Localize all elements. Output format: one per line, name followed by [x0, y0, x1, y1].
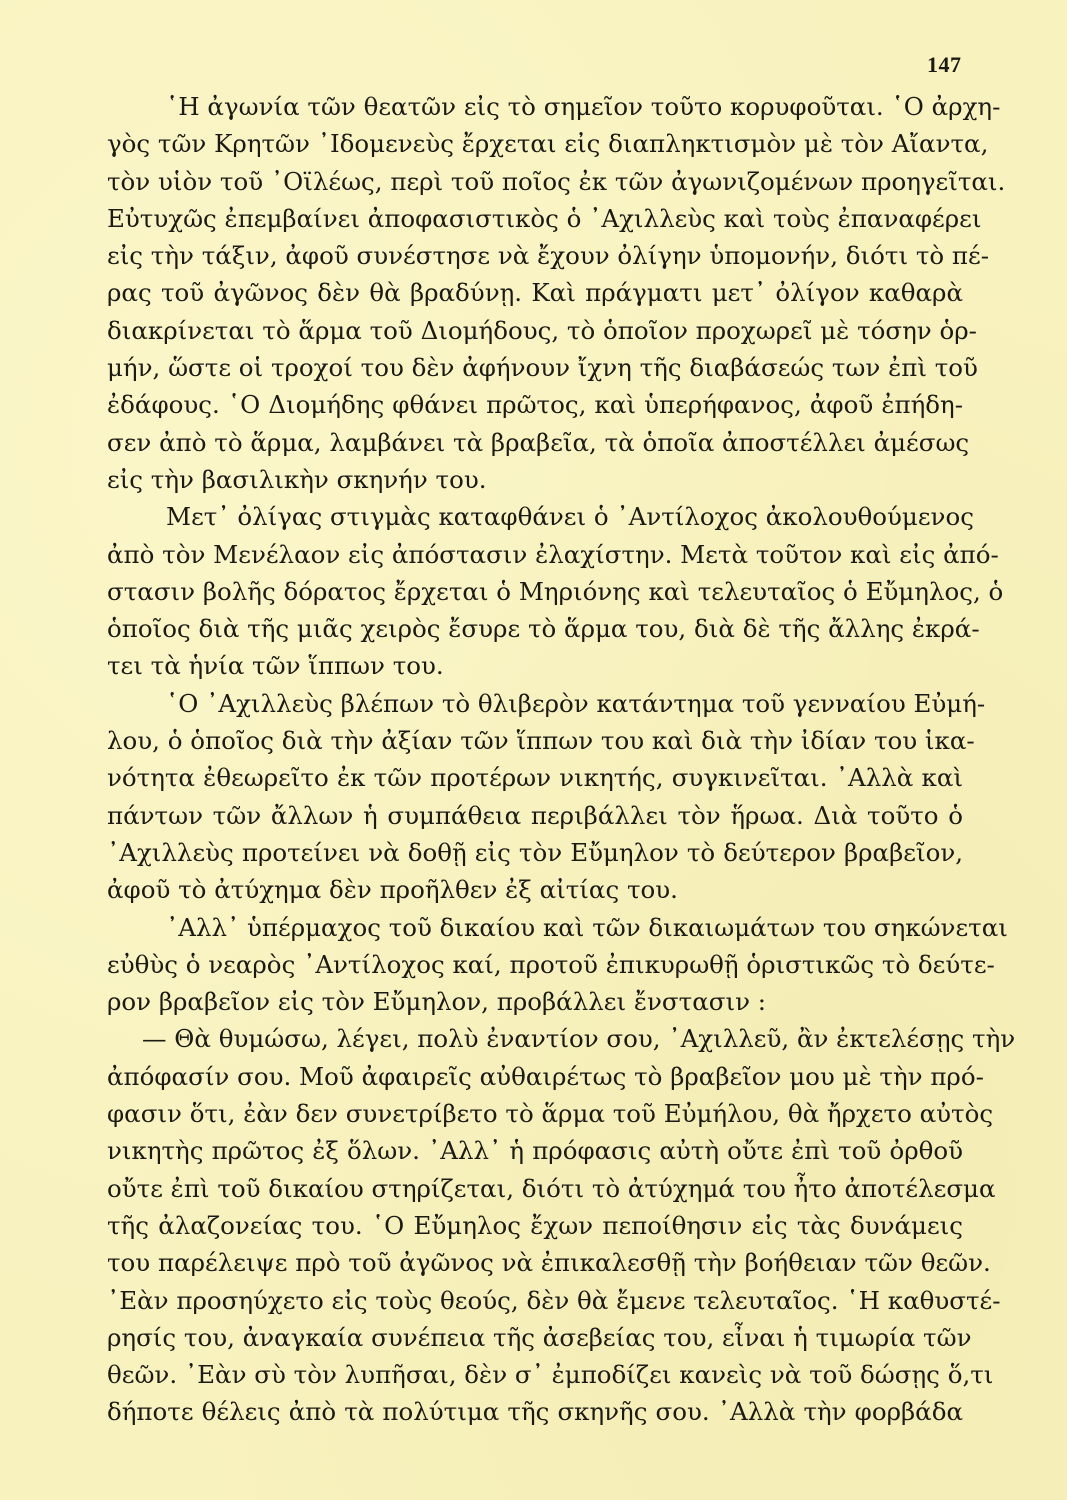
text-line: δήποτε θέλεις ἀπὸ τὰ πολύτιμα τῆς σκηνῆς…: [107, 1393, 963, 1430]
book-page: 147 ῾Η ἀγωνία τῶν θεατῶν εἰς τὸ σημεῖον …: [0, 0, 1067, 1500]
text-line: εἰς τὴν βασιλικὴν σκηνήν του.: [107, 461, 963, 498]
text-line: ᾿Εὰν προσηύχετο εἰς τοὺς θεούς, δὲν θὰ ἔ…: [107, 1282, 963, 1319]
text-line: εὐθὺς ὁ νεαρὸς ᾿Αντίλοχος καί, προτοῦ ἐπ…: [107, 946, 963, 983]
text-line: ρησίς του, ἀναγκαία συνέπεια τῆς ἀσεβεία…: [107, 1319, 963, 1356]
text-line: ᾿Αχιλλεὺς προτείνει νὰ δοθῇ εἰς τὸν Εὔμη…: [107, 834, 963, 871]
text-line: σεν ἀπὸ τὸ ἅρμα, λαμβάνει τὰ βραβεῖα, τὰ…: [107, 424, 963, 461]
text-line: ῾Η ἀγωνία τῶν θεατῶν εἰς τὸ σημεῖον τοῦτ…: [107, 88, 963, 125]
page-number: 147: [927, 52, 962, 78]
body-text: ῾Η ἀγωνία τῶν θεατῶν εἰς τὸ σημεῖον τοῦτ…: [107, 88, 963, 1431]
text-line: τὸν υἱὸν τοῦ ᾿Οϊλέως, περὶ τοῦ ποῖος ἐκ …: [107, 163, 963, 200]
text-line: γὸς τῶν Κρητῶν ᾿Ιδομενεὺς ἔρχεται εἰς δι…: [107, 125, 963, 162]
text-line: του παρέλειψε πρὸ τοῦ ἀγῶνος νὰ ἐπικαλεσ…: [107, 1244, 963, 1281]
paragraph-5-dialogue: — Θὰ θυμώσω, λέγει, πολὺ ἐναντίον σου, ᾿…: [107, 1020, 963, 1430]
text-line: ἀφοῦ τὸ ἀτύχημα δὲν προῆλθεν ἐξ αἰτίας τ…: [107, 871, 963, 908]
text-line: ὁποῖος διὰ τῆς μιᾶς χειρὸς ἔσυρε τὸ ἅρμα…: [107, 610, 963, 647]
paragraph-4: ᾿Αλλ᾿ ὑπέρμαχος τοῦ δικαίου καὶ τῶν δικα…: [107, 909, 963, 1021]
text-line: φασιν ὅτι, ἐὰν δεν συνετρίβετο τὸ ἅρμα τ…: [107, 1095, 963, 1132]
text-line: ᾿Αλλ᾿ ὑπέρμαχος τοῦ δικαίου καὶ τῶν δικα…: [107, 909, 963, 946]
paragraph-3: ῾Ο ᾿Αχιλλεὺς βλέπων τὸ θλιβερὸν κατάντημ…: [107, 685, 963, 909]
text-line: εἰς τὴν τάξιν, ἀφοῦ συνέστησε νὰ ἔχουν ὀ…: [107, 237, 963, 274]
text-line: ἀπὸ τὸν Μενέλαον εἰς ἀπόστασιν ἐλαχίστην…: [107, 536, 963, 573]
text-line: τει τὰ ἡνία τῶν ἵππων του.: [107, 647, 963, 684]
text-line: στασιν βολῆς δόρατος ἔρχεται ὁ Μηριόνης …: [107, 573, 963, 610]
text-line: μήν, ὥστε οἱ τροχοί του δὲν ἀφήνουν ἴχνη…: [107, 349, 963, 386]
text-line: Μετ᾿ ὀλίγας στιγμὰς καταφθάνει ὁ ᾿Αντίλο…: [107, 498, 963, 535]
text-line: τῆς ἀλαζονείας του. ῾Ο Εὔμηλος ἔχων πεπο…: [107, 1207, 963, 1244]
text-line: διακρίνεται τὸ ἅρμα τοῦ Διομήδους, τὸ ὁπ…: [107, 312, 963, 349]
text-line: Εὐτυχῶς ἐπεμβαίνει ἀποφασιστικὸς ὁ ᾿Αχιλ…: [107, 200, 963, 237]
text-line: λου, ὁ ὁποῖος διὰ τὴν ἀξίαν τῶν ἵππων το…: [107, 722, 963, 759]
text-line: νότητα ἐθεωρεῖτο ἐκ τῶν προτέρων νικητής…: [107, 759, 963, 796]
text-line: ρας τοῦ ἀγῶνος δὲν θὰ βραδύνῃ. Καὶ πράγμ…: [107, 274, 963, 311]
paragraph-2: Μετ᾿ ὀλίγας στιγμὰς καταφθάνει ὁ ᾿Αντίλο…: [107, 498, 963, 684]
text-line: ἀπόφασίν σου. Μοῦ ἀφαιρεῖς αὐθαιρέτως τὸ…: [107, 1058, 963, 1095]
text-line: ρον βραβεῖον εἰς τὸν Εὔμηλον, προβάλλει …: [107, 983, 963, 1020]
text-line: οὔτε ἐπὶ τοῦ δικαίου στηρίζεται, διότι τ…: [107, 1170, 963, 1207]
text-line: — Θὰ θυμώσω, λέγει, πολὺ ἐναντίον σου, ᾿…: [107, 1020, 963, 1057]
text-line: θεῶν. ᾿Εὰν σὺ τὸν λυπῆσαι, δὲν σ᾿ ἐμποδί…: [107, 1356, 963, 1393]
paragraph-1: ῾Η ἀγωνία τῶν θεατῶν εἰς τὸ σημεῖον τοῦτ…: [107, 88, 963, 498]
text-line: πάντων τῶν ἄλλων ἡ συμπάθεια περιβάλλει …: [107, 797, 963, 834]
text-line: ῾Ο ᾿Αχιλλεὺς βλέπων τὸ θλιβερὸν κατάντημ…: [107, 685, 963, 722]
text-line: νικητὴς πρῶτος ἐξ ὅλων. ᾿Αλλ᾿ ἡ πρόφασις…: [107, 1132, 963, 1169]
text-line: ἐδάφους. ῾Ο Διομήδης φθάνει πρῶτος, καὶ …: [107, 386, 963, 423]
